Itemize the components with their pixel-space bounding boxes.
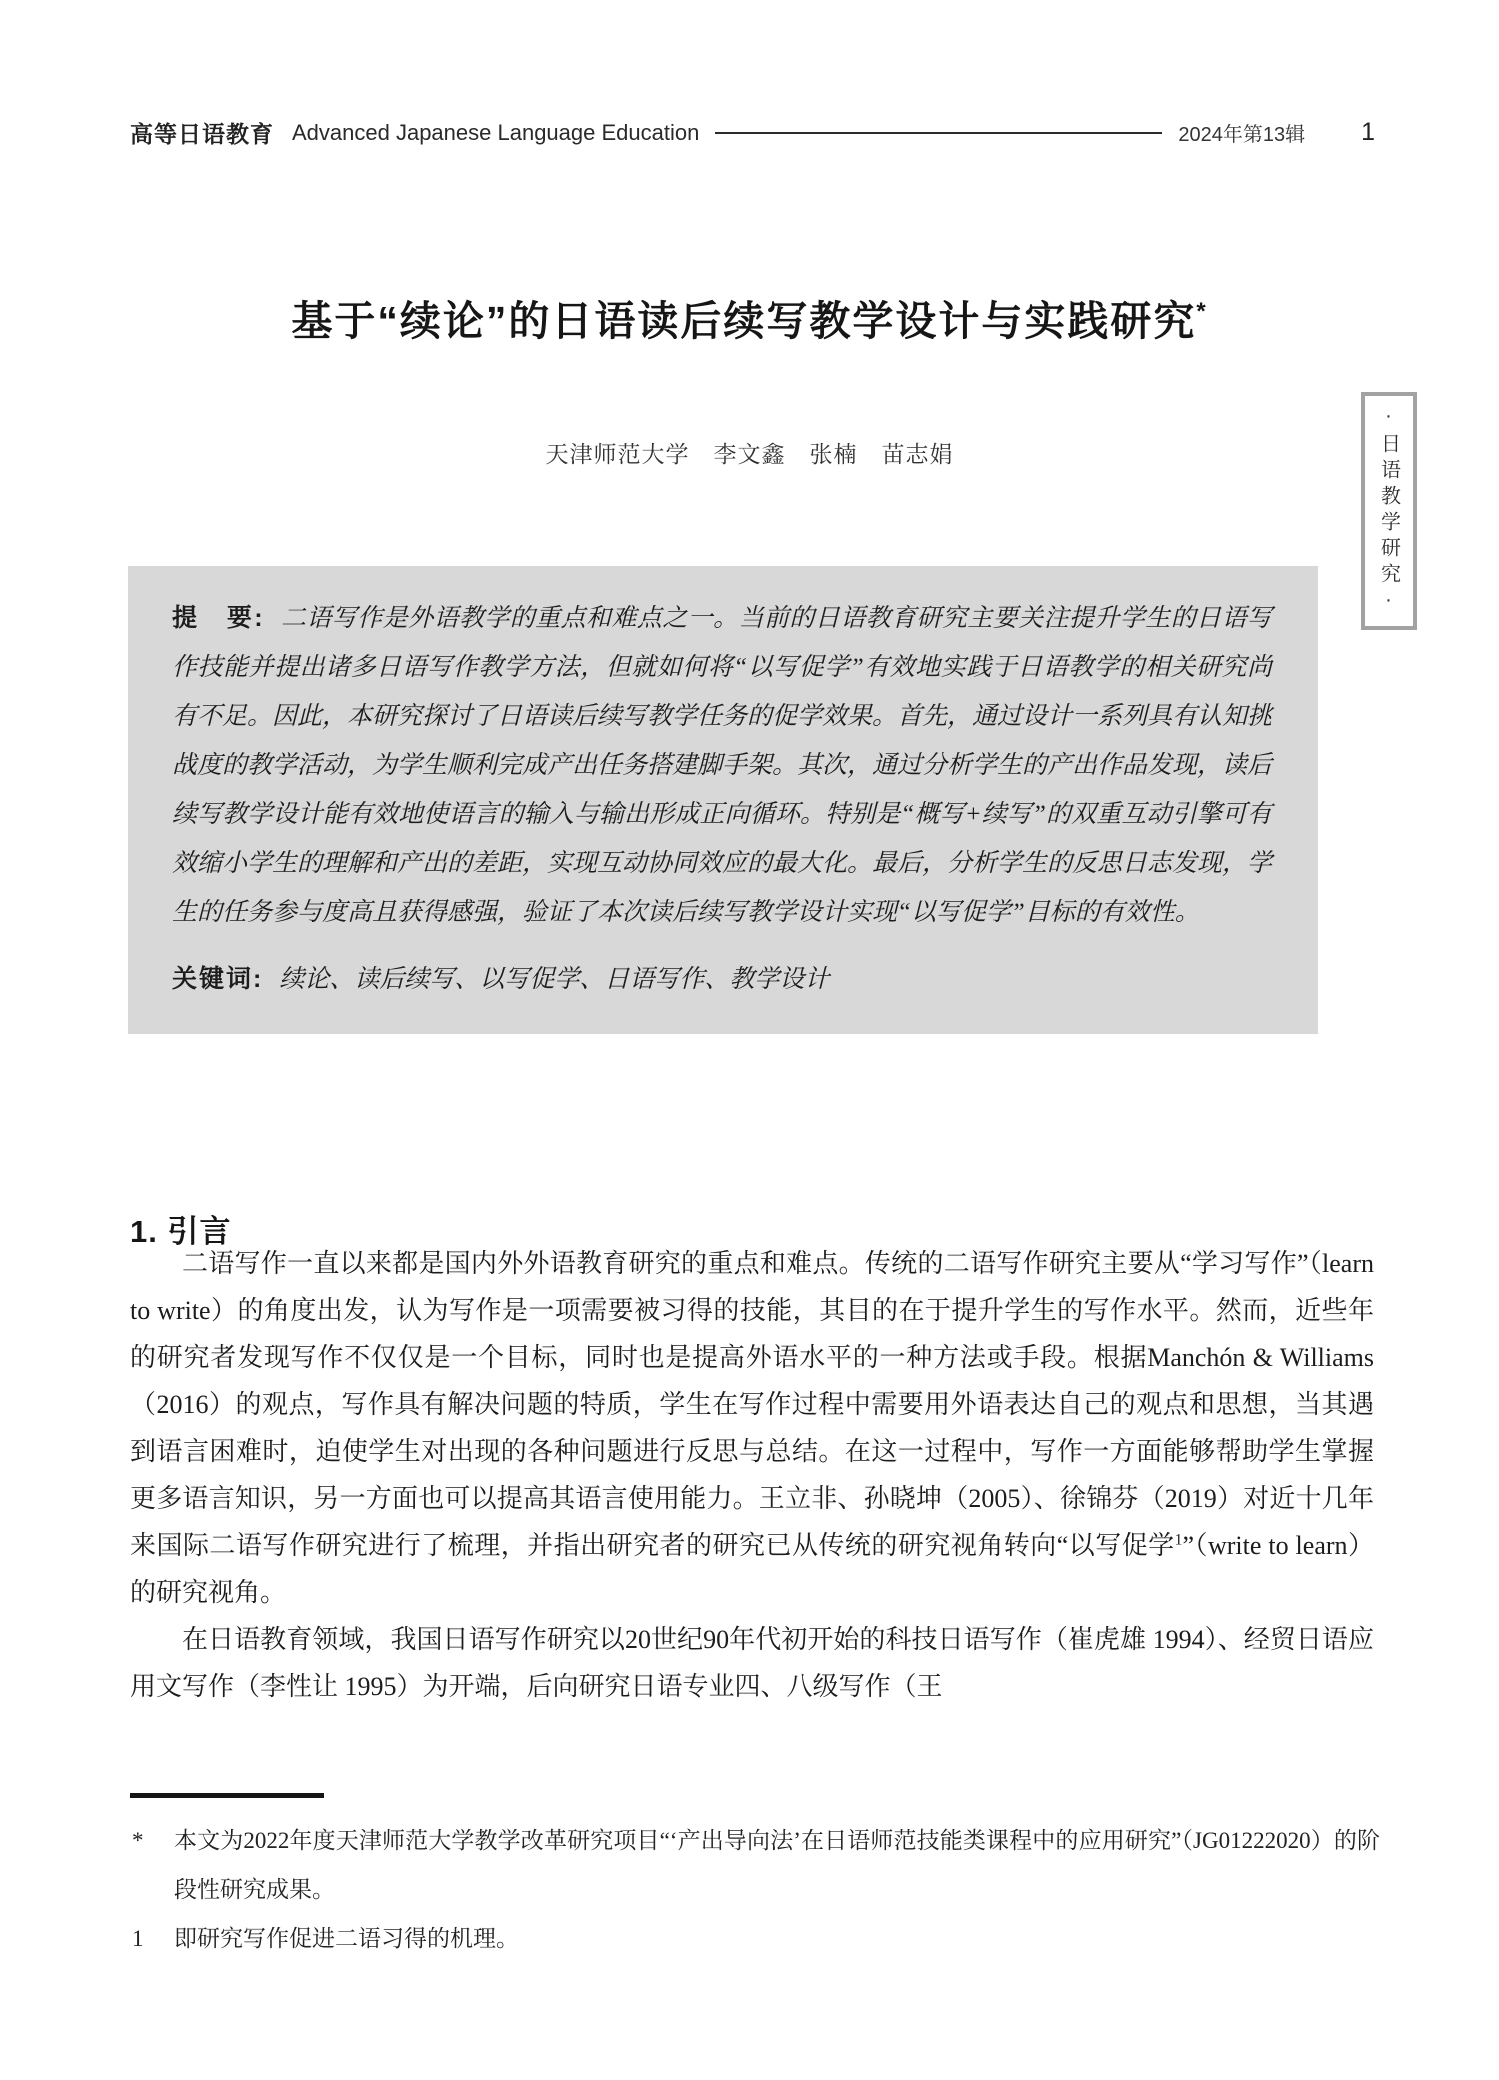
footnote-1: 1即研究写作促进二语习得的机理。 xyxy=(130,1914,1380,1963)
header-rule xyxy=(715,132,1162,134)
issue-label: 2024年第13辑 xyxy=(1178,118,1305,147)
article-title: 基于“续论”的日语读后续写教学设计与实践研究* xyxy=(60,288,1439,347)
page-number: 1 xyxy=(1361,118,1375,147)
authors-line: 天津师范大学 李文鑫 张楠 苗志娟 xyxy=(0,436,1499,469)
keywords-line: 关键词:续论、读后续写、以写促学、日语写作、教学设计 xyxy=(172,955,1272,1004)
journal-page: 高等日语教育 Advanced Japanese Language Educat… xyxy=(0,0,1499,2080)
journal-name-en: Advanced Japanese Language Education xyxy=(292,120,699,146)
side-tab-section-label: ·日语教学研究· xyxy=(1361,392,1417,630)
abstract-text: 二语写作是外语教学的重点和难点之一。当前的日语教育研究主要关注提升学生的日语写作… xyxy=(172,605,1272,926)
abstract-label: 提 要: xyxy=(172,604,265,632)
title-footnote-marker: * xyxy=(1196,298,1207,325)
footnote-1-marker: 1 xyxy=(132,1914,144,1963)
abstract-paragraph: 提 要:二语写作是外语教学的重点和难点之一。当前的日语教育研究主要关注提升学生的… xyxy=(172,594,1272,937)
footnote-star: *本文为2022年度天津师范大学教学改革研究项目“‘产出导向法’在日语师范技能类… xyxy=(130,1816,1380,1914)
journal-name-cn: 高等日语教育 xyxy=(130,116,274,149)
paragraph-1: 二语写作一直以来都是国内外外语教育研究的重点和难点。传统的二语写作研究主要从“学… xyxy=(130,1240,1374,1616)
footnotes: *本文为2022年度天津师范大学教学改革研究项目“‘产出导向法’在日语师范技能类… xyxy=(130,1816,1380,1963)
side-tab-text: ·日语教学研究· xyxy=(1375,405,1404,617)
abstract-box: 提 要:二语写作是外语教学的重点和难点之一。当前的日语教育研究主要关注提升学生的… xyxy=(128,566,1318,1034)
footnote-star-text: 本文为2022年度天津师范大学教学改革研究项目“‘产出导向法’在日语师范技能类课… xyxy=(174,1828,1380,1902)
paragraph-2: 在日语教育领域，我国日语写作研究以20世纪90年代初开始的科技日语写作（崔虎雄 … xyxy=(130,1616,1374,1710)
body-text: 二语写作一直以来都是国内外外语教育研究的重点和难点。传统的二语写作研究主要从“学… xyxy=(130,1240,1374,1710)
footnote-star-marker: * xyxy=(132,1816,144,1865)
footnote-1-text: 即研究写作促进二语习得的机理。 xyxy=(174,1926,519,1951)
keywords-label: 关键词: xyxy=(172,965,263,993)
page-header: 高等日语教育 Advanced Japanese Language Educat… xyxy=(130,116,1375,149)
article-title-text: 基于“续论”的日语读后续写教学设计与实践研究 xyxy=(291,298,1196,344)
footnote-divider xyxy=(130,1793,324,1798)
paragraph-1-text: 二语写作一直以来都是国内外外语教育研究的重点和难点。传统的二语写作研究主要从“学… xyxy=(130,1249,1374,1560)
keywords-text: 续论、读后续写、以写促学、日语写作、教学设计 xyxy=(279,966,829,993)
